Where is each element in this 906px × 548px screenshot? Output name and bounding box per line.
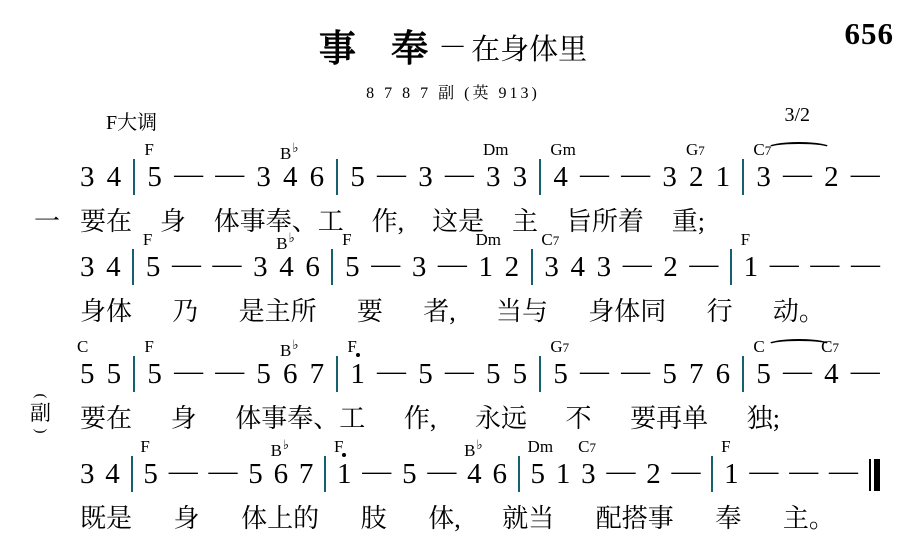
- duration-dash: —: [829, 460, 858, 489]
- note-number: 5: [513, 360, 528, 389]
- barline: [336, 159, 338, 195]
- lyric-segment: 旨所着: [566, 206, 644, 237]
- chord-label: F: [144, 141, 153, 158]
- notation-line: 5C55F——56B♭71F—5—555G7——5765C—4C7—: [80, 357, 880, 389]
- note-number: 5: [662, 360, 677, 389]
- lyric-segment: 既是: [80, 503, 132, 534]
- note-number: 3: [80, 253, 95, 282]
- note-number: 7: [299, 460, 314, 489]
- lyric-segment: 要: [357, 296, 383, 327]
- note-number: 3C7: [581, 460, 596, 489]
- note-number: 5C: [756, 360, 771, 389]
- lyric-segment: 就当: [502, 503, 554, 534]
- chord-label: Dm: [483, 141, 509, 158]
- duration-dash: —: [789, 460, 818, 489]
- note-number: 5Dm: [531, 460, 546, 489]
- note-number: 5: [248, 460, 263, 489]
- note-number: 6B♭: [274, 460, 289, 489]
- lyric-segment: 身: [160, 206, 186, 237]
- barline: [539, 356, 541, 392]
- duration-dash: —: [377, 360, 406, 389]
- lyric-segment: 肢: [361, 503, 387, 534]
- lyric-segment: 当与: [496, 296, 548, 327]
- vertical-paren-open: (: [36, 394, 46, 399]
- time-signature: 3/2: [784, 104, 810, 127]
- chord-label: C7: [578, 438, 596, 455]
- barline: [131, 456, 133, 492]
- note-number: 6: [716, 360, 731, 389]
- note-number: 1F: [350, 360, 365, 389]
- note-number: 4B♭: [283, 163, 298, 192]
- duration-dash: —: [362, 460, 391, 489]
- meter-info: 8 7 8 7 副 (英 913): [0, 80, 906, 103]
- key-signature: F大调: [106, 106, 157, 135]
- note-number: 6B♭: [283, 360, 298, 389]
- chorus-label: (副): [30, 391, 51, 436]
- note-number: 4: [107, 163, 122, 192]
- note-number: 4: [105, 460, 120, 489]
- duration-dash: —: [672, 460, 701, 489]
- chord-extension: 7: [553, 233, 560, 248]
- lyric-segment: 独;: [747, 403, 780, 434]
- barline: [730, 249, 732, 285]
- note-number: 3: [253, 253, 268, 282]
- note-number: 5: [486, 360, 501, 389]
- chord-label: B♭: [271, 438, 289, 459]
- lyric-segment: 作,: [372, 206, 405, 237]
- chord-label: F: [140, 438, 149, 455]
- note-number: 7: [310, 360, 325, 389]
- title-main-text: 事 奉: [319, 29, 428, 70]
- notation-line: 345F——56B♭71F—5—4B♭65Dm13C7—2—1F———: [80, 457, 880, 489]
- flat-sign: ♭: [477, 437, 483, 452]
- chord-label: G7: [686, 141, 705, 158]
- note-number: 3: [418, 163, 433, 192]
- lyric-segment: 永远: [475, 403, 527, 434]
- duration-dash: —: [851, 253, 880, 282]
- flat-sign: ♭: [289, 230, 295, 245]
- note-number: 1Dm: [479, 253, 494, 282]
- note-number: 5F: [345, 253, 360, 282]
- note-number: 1: [556, 460, 571, 489]
- chord-label: F: [721, 438, 730, 455]
- lyric-segment: 奉: [715, 503, 741, 534]
- note-number: 3: [597, 253, 612, 282]
- chord-label: Gm: [550, 141, 576, 158]
- final-barline: [869, 459, 880, 491]
- duration-dash: —: [689, 253, 718, 282]
- lyric-segment: 行: [707, 296, 733, 327]
- chord-label: C: [753, 338, 764, 355]
- note-number: 3: [80, 460, 95, 489]
- barline: [711, 456, 713, 492]
- lyric-segment: 不: [566, 403, 592, 434]
- duration-dash: —: [783, 163, 812, 192]
- duration-dash: —: [580, 163, 609, 192]
- vertical-paren-close: ): [36, 429, 46, 434]
- tie-slur: [767, 142, 831, 154]
- duration-dash: —: [172, 253, 201, 282]
- note-number: 3C7: [756, 163, 771, 192]
- note-number: 4C7: [824, 360, 839, 389]
- lyric-segment: 要在: [80, 403, 132, 434]
- chord-extension: 7: [589, 440, 596, 455]
- duration-dash: —: [770, 253, 799, 282]
- music-system-1: 345F——34B♭65—3—3Dm34Gm——32G713C7—2—一要在身体…: [0, 160, 906, 256]
- note-number: 1F: [337, 460, 352, 489]
- chord-extension: 7: [563, 340, 570, 355]
- notation-line: 345F——34B♭65F—3—1Dm23C743—2—1F———: [80, 250, 880, 282]
- note-number: 4Gm: [553, 163, 568, 192]
- note-number: 6: [492, 460, 507, 489]
- chord-label: F: [347, 338, 356, 355]
- lyric-segment: 重;: [672, 206, 705, 237]
- duration-dash: —: [213, 253, 242, 282]
- lyric-line: 要在身体事奉、工作,永远不要再单独;: [80, 403, 780, 434]
- duration-dash: —: [783, 360, 812, 389]
- duration-dash: —: [749, 460, 778, 489]
- note-number: 3: [412, 253, 427, 282]
- chord-extension: 7: [833, 340, 840, 355]
- barline: [331, 249, 333, 285]
- chord-label: Dm: [528, 438, 554, 455]
- hymn-title: 事 奉－在身体里: [0, 18, 906, 72]
- chord-label: C7: [541, 231, 559, 248]
- note-number: 1: [716, 163, 731, 192]
- lyric-segment: 身: [171, 403, 197, 434]
- note-number: 5: [402, 460, 417, 489]
- title-subtitle-text: 在身体里: [471, 34, 587, 66]
- chord-label: F: [342, 231, 351, 248]
- note-number: 4B♭: [279, 253, 294, 282]
- title-dash: －: [438, 32, 467, 64]
- duration-dash: —: [371, 253, 400, 282]
- chord-label: B♭: [464, 438, 482, 459]
- music-system-2: 345F——34B♭65F—3—1Dm23C743—2—1F———身体乃是主所要…: [0, 250, 906, 346]
- note-number: 3: [513, 163, 528, 192]
- duration-dash: —: [427, 460, 456, 489]
- note-number: 1F: [724, 460, 739, 489]
- duration-dash: —: [174, 360, 203, 389]
- note-number: 5: [256, 360, 271, 389]
- final-bar-thick: [874, 459, 880, 491]
- chord-label: F: [741, 231, 750, 248]
- note-number: 3Dm: [486, 163, 501, 192]
- lyric-segment: 是主所: [239, 296, 317, 327]
- flat-sign: ♭: [292, 337, 298, 352]
- lyric-line: 既是身体上的肢体,就当配搭事奉主。: [80, 503, 835, 534]
- note-number: 3: [256, 163, 271, 192]
- duration-dash: —: [623, 253, 652, 282]
- lyric-segment: 要再单: [630, 403, 708, 434]
- note-number: 2: [663, 253, 678, 282]
- chorus-label-text: 副: [30, 401, 51, 426]
- note-number: 2: [646, 460, 661, 489]
- note-number: 3C7: [544, 253, 559, 282]
- lyric-segment: 要在: [80, 206, 132, 237]
- duration-dash: —: [621, 360, 650, 389]
- note-number: 4: [570, 253, 585, 282]
- duration-dash: —: [445, 163, 474, 192]
- note-number: 6: [305, 253, 320, 282]
- note-number: 5: [418, 360, 433, 389]
- note-number: 2G7: [689, 163, 704, 192]
- barline: [742, 159, 744, 195]
- lyric-segment: 主。: [783, 503, 835, 534]
- barline: [742, 356, 744, 392]
- lyric-line: 身体乃是主所要者,当与身体同行动。: [80, 296, 825, 327]
- note-number: 4B♭: [467, 460, 482, 489]
- lyric-segment: 配搭事: [596, 503, 674, 534]
- note-number: 6: [310, 163, 325, 192]
- note-number: 5F: [147, 360, 162, 389]
- duration-dash: —: [621, 163, 650, 192]
- duration-dash: —: [810, 253, 839, 282]
- chord-label: B♭: [280, 141, 298, 162]
- barline: [539, 159, 541, 195]
- note-number: 5F: [146, 253, 161, 282]
- duration-dash: —: [438, 253, 467, 282]
- chord-label: B♭: [276, 231, 294, 252]
- chord-label: Dm: [476, 231, 502, 248]
- note-number: 3: [80, 163, 95, 192]
- lyric-segment: 主: [512, 206, 538, 237]
- lyric-segment: 体事奉、工: [235, 403, 365, 434]
- note-number: 5: [350, 163, 365, 192]
- duration-dash: —: [208, 460, 237, 489]
- hymn-page: 656 事 奉－在身体里 8 7 8 7 副 (英 913) F大调 3/2 3…: [0, 0, 906, 548]
- chord-label: G7: [550, 338, 569, 355]
- chord-label: F: [143, 231, 152, 248]
- duration-dash: —: [215, 360, 244, 389]
- duration-dash: —: [174, 163, 203, 192]
- chord-label: C: [77, 338, 88, 355]
- lyric-segment: 体,: [428, 503, 461, 534]
- duration-dash: —: [606, 460, 635, 489]
- duration-dash: —: [377, 163, 406, 192]
- notation-line: 345F——34B♭65—3—3Dm34Gm——32G713C7—2—: [80, 160, 880, 192]
- note-number: 3: [662, 163, 677, 192]
- duration-dash: —: [215, 163, 244, 192]
- music-system-4: 345F——56B♭71F—5—4B♭65Dm13C7—2—1F———既是身体上…: [0, 457, 906, 548]
- barline: [531, 249, 533, 285]
- note-number: 5F: [147, 163, 162, 192]
- flat-sign: ♭: [292, 140, 298, 155]
- lyric-segment: 乃: [172, 296, 198, 327]
- lyric-segment: 动。: [773, 296, 825, 327]
- duration-dash: —: [851, 163, 880, 192]
- lyric-segment: 身体同: [588, 296, 666, 327]
- barline: [132, 249, 134, 285]
- chord-label: F: [334, 438, 343, 455]
- note-number: 5G7: [553, 360, 568, 389]
- note-number: 5C: [80, 360, 95, 389]
- chord-label: B♭: [280, 338, 298, 359]
- music-system-3: 5C55F——56B♭71F—5—555G7——5765C—4C7—(副)要在身…: [0, 357, 906, 453]
- duration-dash: —: [851, 360, 880, 389]
- duration-dash: —: [580, 360, 609, 389]
- duration-dash: —: [445, 360, 474, 389]
- barline: [518, 456, 520, 492]
- note-number: 7: [689, 360, 704, 389]
- note-number: 5: [107, 360, 122, 389]
- chord-label: F: [144, 338, 153, 355]
- lyric-segment: 作,: [404, 403, 437, 434]
- note-number: 4: [106, 253, 121, 282]
- note-number: 2: [505, 253, 520, 282]
- note-number: 5F: [143, 460, 158, 489]
- flat-sign: ♭: [283, 437, 289, 452]
- lyric-segment: 者,: [423, 296, 456, 327]
- verse-number-label: 一: [34, 206, 60, 237]
- chord-extension: 7: [698, 143, 705, 158]
- note-number: 1F: [744, 253, 759, 282]
- barline: [133, 159, 135, 195]
- lyric-segment: 身: [174, 503, 200, 534]
- final-bar-thin: [869, 459, 871, 491]
- tie-slur: [767, 339, 831, 351]
- duration-dash: —: [169, 460, 198, 489]
- lyric-segment: 身体: [80, 296, 132, 327]
- barline: [133, 356, 135, 392]
- barline: [324, 456, 326, 492]
- lyric-line: 要在身体事奉、工作,这是主旨所着重;: [80, 206, 705, 237]
- lyric-segment: 体上的: [241, 503, 319, 534]
- note-number: 2: [824, 163, 839, 192]
- barline: [336, 356, 338, 392]
